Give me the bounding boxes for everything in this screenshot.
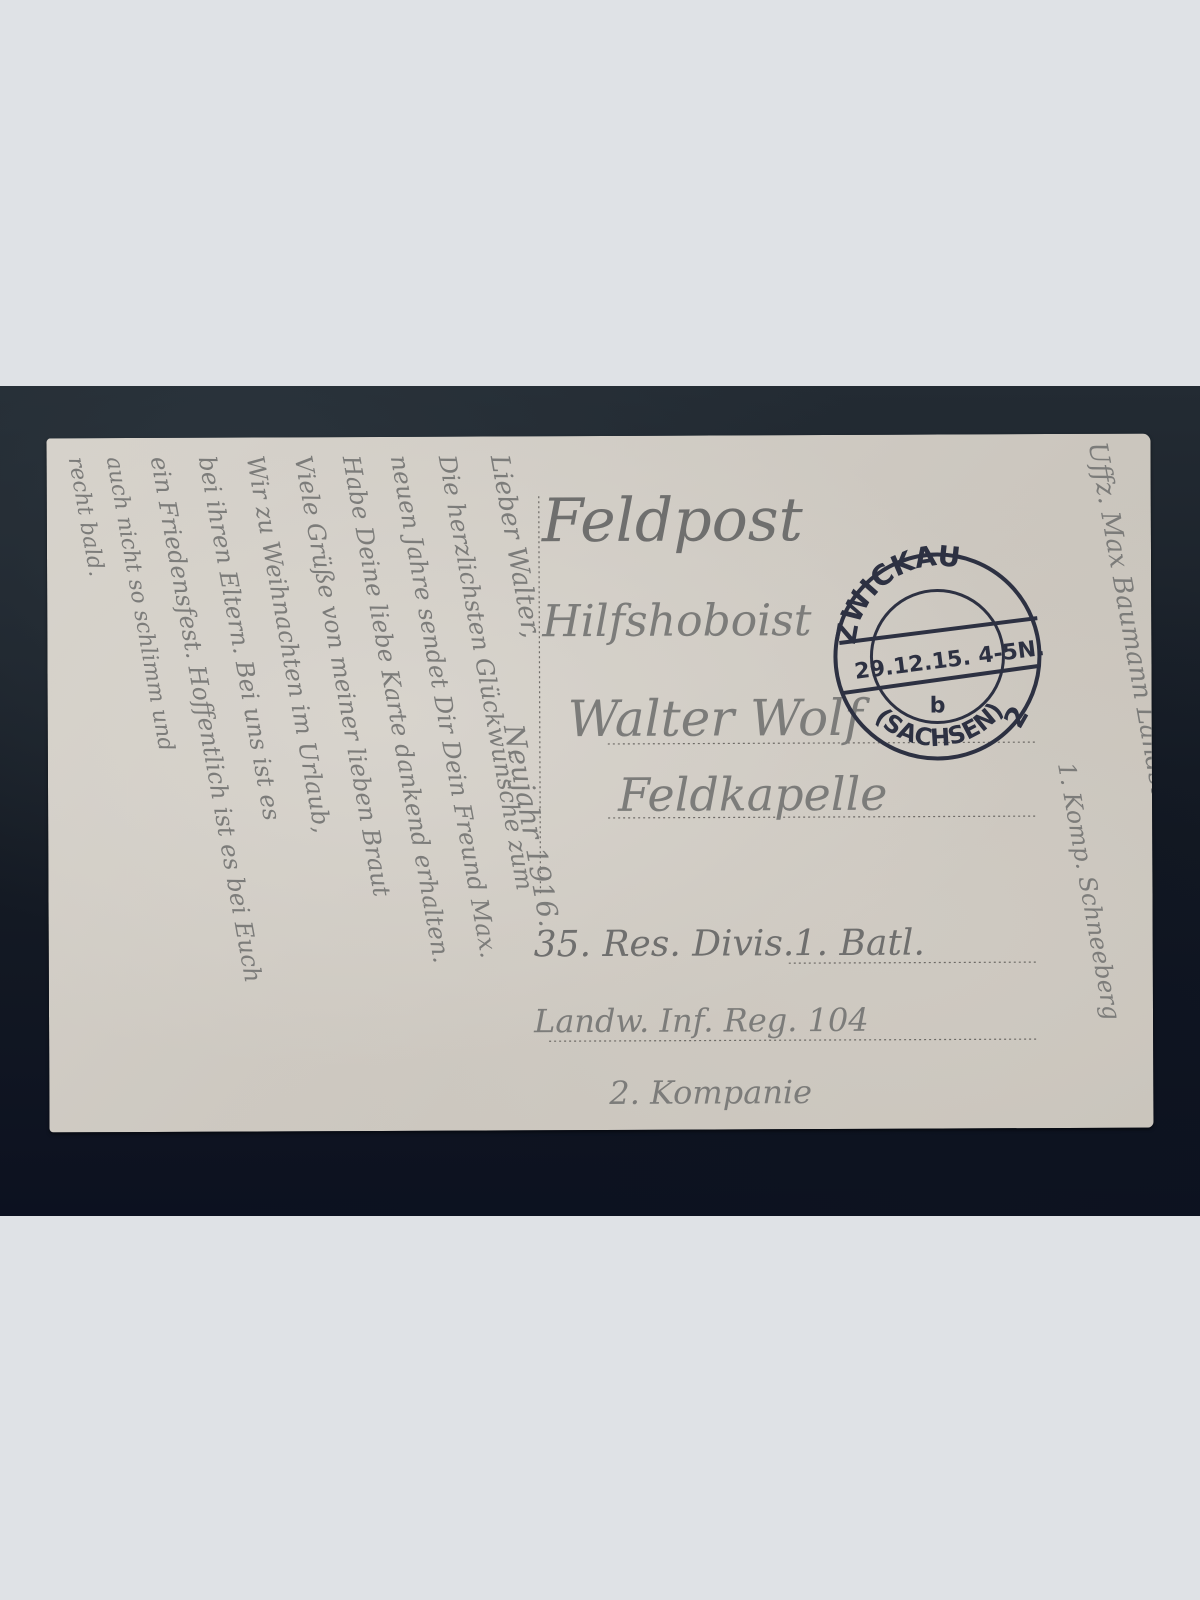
recipient-unit: Feldkapelle	[617, 767, 888, 822]
photo-background: Feldpost Hilfshoboist Walter Wolf Feldka…	[0, 386, 1200, 1216]
recipient-rank: Hilfshoboist	[541, 595, 812, 647]
message-line: recht bald.	[63, 455, 109, 579]
postcard-back: Feldpost Hilfshoboist Walter Wolf Feldka…	[46, 434, 1153, 1133]
company-line: 2. Kompanie	[608, 1073, 812, 1112]
division-line: 35. Res. Divis.	[534, 923, 795, 965]
message-greeting: Lieber Walter,	[484, 451, 547, 640]
message: Lieber Walter, Neujahr 1916. Die herzlic…	[63, 451, 566, 985]
postcard: Feldpost Hilfshoboist Walter Wolf Feldka…	[46, 434, 1153, 1133]
sender-margin-line-2: 1. Komp. Schneeberg	[1052, 760, 1126, 1022]
recipient-name: Walter Wolf	[568, 689, 871, 748]
regiment-line: Landw. Inf. Reg. 104	[533, 1001, 869, 1040]
sender-margin-line-1: Uffz. Max Baumann Landst. Batl.	[1082, 440, 1154, 875]
postmark-office-number: 2	[997, 700, 1035, 733]
heading: Feldpost	[541, 485, 804, 556]
postmark: ZWICKAU (SACHSEN) 2 29.12.15. 4-5N. b	[829, 539, 1047, 759]
battalion-line: 1. Batl.	[794, 923, 925, 965]
postmark-letter-code: b	[930, 693, 946, 718]
